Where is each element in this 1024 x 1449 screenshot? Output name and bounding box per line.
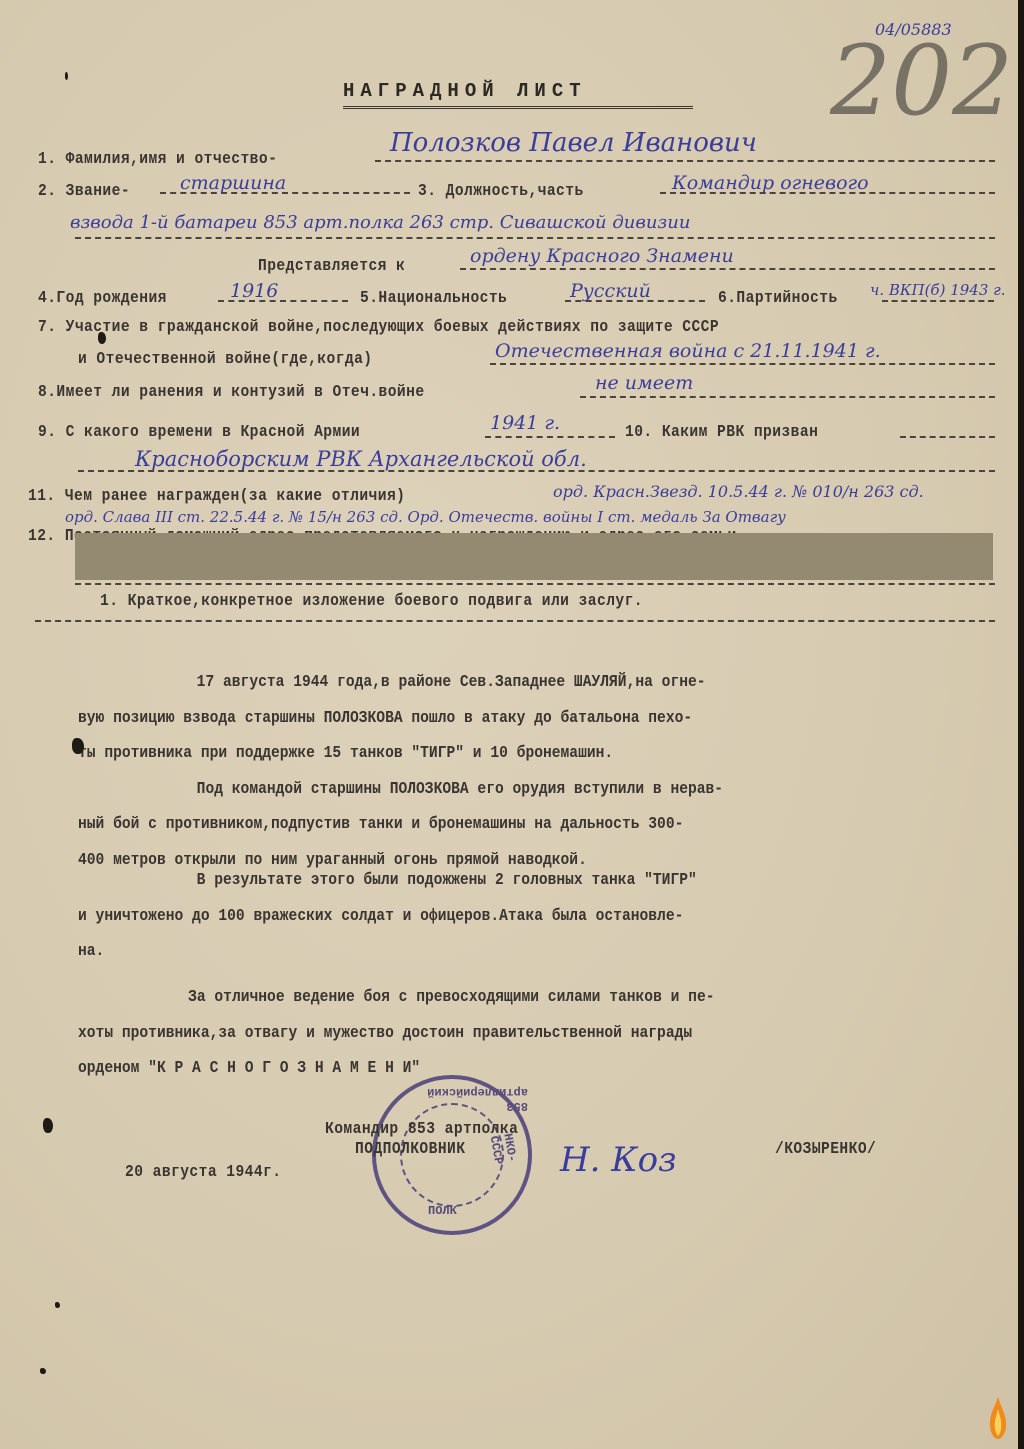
field-7-line (490, 363, 995, 365)
redacted-address-block (75, 533, 993, 580)
scan-edge (1018, 0, 1024, 1449)
field-3-value: Командир огневого (672, 172, 869, 194)
narrative-line: на. (78, 934, 852, 970)
field-2-label: 2. Звание- (38, 182, 130, 201)
field-3-line-2 (75, 237, 995, 239)
punch-hole (72, 738, 84, 754)
field-7-label: 7. Участие в гражданской войне,последующ… (38, 318, 719, 337)
narrative-line: и уничтожено до 100 вражеских солдат и о… (78, 899, 852, 935)
field-6-line (882, 300, 994, 302)
ink-mark (65, 72, 68, 80)
field-10-line (900, 436, 995, 438)
field-9-value: 1941 г. (490, 412, 560, 434)
field-10-label: 10. Каким РВК призван (625, 423, 818, 442)
field-11-value-line2: орд. Слава III ст. 22.5.44 г. № 15/н 263… (65, 508, 786, 526)
field-1-line (375, 160, 995, 162)
field-9-label: 9. С какого времени в Красной Армии (38, 423, 360, 442)
signatory-rank: ПОДПОЛКОВНИК (355, 1140, 465, 1159)
field-7-label-line2: и Отечественной войне(где,когда) (78, 350, 373, 369)
field-6-value: ч. ВКП(б) 1943 г. (870, 281, 1006, 299)
narrative-line: вую позицию взвода старшины ПОЛОЗКОВА по… (78, 701, 852, 737)
title-underline (343, 106, 693, 109)
punch-hole (43, 1118, 53, 1133)
page-number: 202 (830, 25, 1013, 137)
field-11-value: орд. Красн.Звезд. 10.5.44 г. № 010/н 263… (553, 482, 924, 501)
narrative-line: 17 августа 1944 года,в районе Сев.Западн… (78, 665, 852, 701)
narrative-block: 17 августа 1944 года,в районе Сев.Западн… (78, 665, 978, 878)
narrative-line: хоты противника,за отвагу и мужество дос… (78, 1016, 852, 1052)
field-12-line (75, 583, 995, 585)
field-10-value: Красноборским РВК Архангельской обл. (135, 447, 587, 471)
signatory-position: Командир 853 артполка (325, 1120, 518, 1139)
field-6-label: 6.Партийность (718, 289, 838, 308)
document-title: НАГРАДНОЙ ЛИСТ (343, 80, 587, 102)
punch-hole (98, 332, 106, 344)
field-9-line (485, 436, 615, 438)
award-nomination-value: ордену Красного Знамени (470, 245, 734, 267)
section-divider (35, 620, 995, 622)
stamp-bottom-text: ПОЛК (428, 1204, 457, 1218)
punch-hole (40, 1368, 46, 1374)
narrative-line: В результате этого были подожжены 2 голо… (78, 863, 852, 899)
narrative-line: Под командой старшины ПОЛОЗКОВА его оруд… (78, 772, 852, 808)
stamp-top-text: 853 артиллерийский (416, 1085, 528, 1113)
document-page: 04/05883 202 НАГРАДНОЙ ЛИСТ 1. Фамилия,и… (0, 0, 1018, 1449)
award-nomination-line (460, 268, 995, 270)
field-7-value: Отечественная война с 21.11.1941 г. (495, 340, 881, 362)
field-4-label: 4.Год рождения (38, 289, 167, 308)
narrative-line: За отличное ведение боя с превосходящими… (78, 980, 852, 1016)
award-nomination-label: Представляется к (258, 257, 405, 276)
field-8-label: 8.Имеет ли ранения и контузий в Отеч.вой… (38, 383, 425, 402)
section-heading: 1. Краткое,конкретное изложение боевого … (100, 592, 643, 611)
signature-date: 20 августа 1944г. (125, 1163, 281, 1182)
field-1-value: Полозков Павел Иванович (390, 128, 757, 158)
signatory-name: /КОЗЫРЕНКО/ (775, 1140, 876, 1159)
field-8-value: не имеет (595, 372, 693, 394)
narrative-line: ный бой с противником,подпустив танки и … (78, 807, 852, 843)
narrative-conclusion-block: За отличное ведение боя с превосходящими… (78, 980, 978, 1087)
field-5-label: 5.Национальность (360, 289, 507, 308)
field-4-value: 1916 (230, 280, 278, 302)
field-8-line (580, 396, 995, 398)
field-3-label: 3. Должность,часть (418, 182, 584, 201)
field-2-value: старшина (180, 172, 286, 194)
field-3-value-line2: взвода 1-й батареи 853 арт.полка 263 стр… (70, 212, 690, 233)
narrative-result-block: В результате этого были подожжены 2 голо… (78, 863, 978, 970)
narrative-line: ты противника при поддержке 15 танков "Т… (78, 736, 852, 772)
field-5-value: Русский (570, 280, 651, 302)
flame-logo-icon (985, 1395, 1011, 1441)
handwritten-signature: Н. Коз (560, 1140, 677, 1180)
field-11-label: 11. Чем ранее награжден(за какие отличия… (28, 487, 405, 506)
punch-hole (55, 1302, 60, 1308)
field-1-label: 1. Фамилия,имя и отчество- (38, 150, 277, 169)
